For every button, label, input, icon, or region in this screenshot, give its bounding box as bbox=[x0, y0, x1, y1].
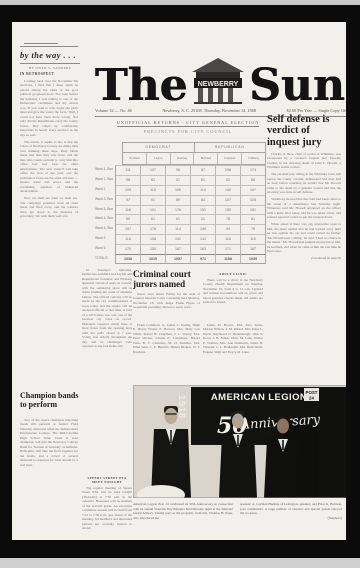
vote-row-cells: 115158192141116110 bbox=[115, 234, 266, 244]
man1-face bbox=[165, 408, 178, 424]
table-body: Ward 1, Box 11111079687208174Ward 1, Box… bbox=[95, 165, 266, 264]
vote-count: 91 bbox=[140, 195, 165, 205]
man2-face bbox=[232, 414, 244, 429]
photo-dark-right-edge bbox=[319, 387, 346, 498]
vote-count: 1158 bbox=[215, 254, 240, 263]
pta-subhead-line2: MEET TONIGHT bbox=[82, 480, 132, 484]
building-label: NEWBERRY bbox=[198, 81, 239, 88]
vote-count: 971 bbox=[190, 254, 215, 263]
vote-count: 208 bbox=[215, 165, 240, 175]
champion-bands-body: Two of the state's champion marching ban… bbox=[20, 418, 78, 536]
vote-count: 1038 bbox=[116, 254, 140, 263]
vote-count: 171 bbox=[215, 244, 240, 254]
vote-count: 150 bbox=[140, 244, 165, 254]
vote-count: 98 bbox=[116, 175, 140, 185]
vote-count: 61 bbox=[240, 214, 265, 224]
vote-count: 105 bbox=[165, 185, 190, 195]
vote-count: 109 bbox=[116, 185, 140, 195]
vote-count: 89 bbox=[165, 195, 190, 205]
champion-bands-headline: Champion bands to perform bbox=[20, 392, 82, 409]
building-column bbox=[198, 88, 203, 102]
vote-row-cells: 656161217861 bbox=[115, 214, 266, 224]
adult-clinic-subhead: ADULT CLINIC bbox=[203, 272, 263, 276]
vote-count: 21 bbox=[190, 214, 215, 224]
juror-names-column-2: James D. Brown, Mrs. Sara Suber, Marion … bbox=[203, 323, 263, 383]
caption-text: speaker; A. Layman Harman of Lexington, … bbox=[240, 502, 342, 516]
paragraph: Testimony showed that the chief had been… bbox=[267, 197, 341, 219]
ward-label: Ward 2 bbox=[95, 185, 115, 195]
vote-row-cells: 109110105114142107 bbox=[115, 185, 266, 195]
vote-count: 163 bbox=[190, 244, 215, 254]
newspaper-front-page: by the way . . . BY OWEN S. SANDERS IN R… bbox=[12, 22, 346, 540]
vote-count: 96 bbox=[165, 165, 190, 175]
vote-row-cells: 1111079687208174 bbox=[115, 165, 266, 175]
scan-edge-bottom bbox=[0, 558, 360, 568]
legion-banquet-photo-image: 1918 AMERICAN LEGION POST 24 50 Annivers… bbox=[133, 385, 346, 498]
paragraph: When asked if there was any alternative … bbox=[267, 222, 341, 253]
vote-count: 61 bbox=[165, 214, 190, 224]
column-rule bbox=[20, 46, 78, 47]
vote-count: 167 bbox=[240, 244, 265, 254]
vote-count: 107 bbox=[240, 185, 265, 195]
table-row: Ward 3, Box 2116101176151150151 bbox=[95, 205, 266, 215]
banner-title: AMERICAN LEGION bbox=[211, 392, 307, 403]
vote-count: 110 bbox=[240, 234, 265, 244]
vote-count: 78 bbox=[215, 214, 240, 224]
table-row: Ward 4, Box 1656161217861 bbox=[95, 214, 266, 224]
newberry-building-engraving: NEWBERRY bbox=[190, 56, 246, 104]
paragraph: In Tuesday's balloting, Democrats Armfie… bbox=[82, 268, 132, 349]
table-header: DEMOCRAT REPUBLICAN Armfield Layton Hart… bbox=[122, 142, 266, 165]
candidate-name: Hartzog bbox=[170, 153, 194, 164]
ward-label: Ward 1, Box 1 bbox=[95, 165, 115, 175]
post-badge-line1: POST bbox=[306, 390, 318, 395]
vote-count: 1039 bbox=[240, 254, 265, 263]
vote-count: 167 bbox=[165, 244, 190, 254]
vote-count: 149 bbox=[190, 224, 215, 234]
vote-count: 87 bbox=[190, 165, 215, 175]
vote-count: 75 bbox=[240, 224, 265, 234]
man3-face bbox=[277, 419, 289, 434]
vote-row-cells: 986157619266 bbox=[115, 175, 266, 185]
vote-count: 116 bbox=[116, 205, 140, 215]
by-the-way-subhead: IN RETROSPECT bbox=[20, 72, 80, 76]
vote-count: 158 bbox=[140, 234, 165, 244]
vote-count: 174 bbox=[240, 165, 265, 175]
vote-row-cells: 116101176151150151 bbox=[115, 205, 266, 215]
vote-count: 114 bbox=[165, 224, 190, 234]
candidate-name: Armfield bbox=[123, 153, 146, 164]
vote-count: 107 bbox=[140, 165, 165, 175]
vote-count: 1015 bbox=[140, 254, 165, 263]
election-subheading-text: PRECINCTS FOR CITY COUNCIL bbox=[144, 129, 233, 134]
vote-row-cells: 170150167163171167 bbox=[115, 244, 266, 254]
paragraph: There will be a clinic at the Newberry C… bbox=[203, 278, 263, 305]
column-rule bbox=[20, 63, 80, 64]
vote-count: 176 bbox=[165, 205, 190, 215]
volume-number: Volume 32 — No. 46 bbox=[95, 108, 132, 113]
building-column bbox=[218, 88, 223, 102]
paragraph: Charles O. Rice, chief of police at Whit… bbox=[267, 152, 341, 170]
vote-count: 94 bbox=[215, 224, 240, 234]
scan-edge-top bbox=[0, 0, 360, 5]
vote-count: 84 bbox=[190, 195, 215, 205]
paragraph: Two of the state's champion marching ban… bbox=[20, 418, 78, 467]
election-returns-heading: UNOFFICIAL RETURNS - CITY GENERAL ELECTI… bbox=[108, 120, 268, 125]
scanned-newspaper-page: { "masthead": { "title_the": "The", "tit… bbox=[0, 0, 360, 568]
ward-label: Ward 3, Box 1 bbox=[95, 195, 115, 205]
pta-subhead: SPEERS STREET PTA MEET TONIGHT bbox=[82, 476, 132, 484]
vote-count: 61 bbox=[140, 175, 165, 185]
continued-notice: (Continued on page 8) bbox=[267, 256, 341, 260]
vote-count: 151 bbox=[190, 205, 215, 215]
candidate-name: Fridberg bbox=[241, 153, 265, 164]
vote-count: 150 bbox=[215, 205, 240, 215]
by-the-way-heading: by the way . . . bbox=[20, 50, 86, 60]
building-base bbox=[194, 102, 242, 104]
building-column bbox=[208, 88, 213, 102]
vote-count: 176 bbox=[140, 224, 165, 234]
table-row: Ward 1, Box 11111079687208174 bbox=[95, 165, 266, 175]
vote-count: 115 bbox=[116, 234, 140, 244]
masthead: The NEWBERRY Sun bbox=[95, 54, 345, 106]
election-results-table: DEMOCRAT REPUBLICAN Armfield Layton Hart… bbox=[95, 142, 266, 264]
vote-count: 61 bbox=[190, 175, 215, 185]
juror-names: Frank Lominack Jr., James C. Epting, Hug… bbox=[133, 323, 200, 354]
vote-count: 141 bbox=[190, 234, 215, 244]
ward-label: TOTALS bbox=[95, 254, 115, 264]
ward-label: Ward 4, Box 1 bbox=[95, 214, 115, 224]
by-the-way-body: Looking back over the November 5th elect… bbox=[20, 79, 78, 387]
masthead-title-sun: Sun bbox=[249, 66, 345, 106]
candidate-header-row: Armfield Layton Hartzog Buzhard Coleman … bbox=[122, 152, 266, 165]
building-column bbox=[228, 88, 233, 102]
vote-count: 65 bbox=[116, 214, 140, 224]
vote-row-cells: 1571761141499475 bbox=[115, 224, 266, 234]
juror-names-column-1: Frank Lominack Jr., James C. Epting, Hug… bbox=[133, 323, 200, 383]
column-rule bbox=[24, 43, 58, 44]
date-location: Newberry, S. C. 29108, Thursday, Novembe… bbox=[162, 108, 256, 113]
masthead-title-the: The bbox=[95, 66, 188, 106]
table-row: Ward 4, Box 21571761141499475 bbox=[95, 224, 266, 234]
vote-count: 110 bbox=[140, 185, 165, 195]
price: $2.00 Per Year — Single Copy 10c bbox=[287, 108, 346, 113]
ward-label: Ward 6 bbox=[95, 244, 115, 254]
vote-count: 57 bbox=[165, 175, 190, 185]
table-row: Ward 2109110105114142107 bbox=[95, 185, 266, 195]
photo-credit: (Staphoto) bbox=[240, 516, 342, 520]
vote-count: 101 bbox=[140, 205, 165, 215]
paragraph: Looking back over the November 5th elect… bbox=[20, 79, 78, 137]
legion-banquet-photo: 1918 AMERICAN LEGION POST 24 50 Annivers… bbox=[133, 385, 346, 498]
juror-names: James D. Brown, Mrs. Sara Suber, Marion … bbox=[203, 323, 263, 354]
criminal-court-headline: Criminal court jurors named bbox=[133, 270, 203, 289]
vote-count: 151 bbox=[240, 205, 265, 215]
paragraph: The regular meeting of Speers Street PTA… bbox=[82, 486, 132, 531]
election-returns-subheading: PRECINCTS FOR CITY COUNCIL bbox=[108, 129, 268, 134]
vote-count: 1057 bbox=[165, 254, 190, 263]
paragraph: The six-man jury, sitting at the Whitmir… bbox=[267, 172, 341, 194]
building-entablature bbox=[196, 72, 240, 78]
vote-count: 116 bbox=[215, 234, 240, 244]
post-badge-line2: 24 bbox=[309, 396, 314, 401]
dateline: Volume 32 — No. 46 Newberry, S. C. 29108… bbox=[95, 108, 346, 113]
vote-count: 128 bbox=[240, 195, 265, 205]
pta-body: The regular meeting of Speers Street PTA… bbox=[82, 486, 132, 536]
self-defense-headline: Self defense is verdict of inquest jury bbox=[267, 114, 343, 148]
vote-count: 92 bbox=[215, 175, 240, 185]
ward-label: Ward 5 bbox=[95, 234, 115, 244]
party-header-democrat: DEMOCRAT bbox=[123, 143, 194, 152]
by-the-way-byline: BY OWEN S. SANDERS bbox=[20, 66, 80, 70]
election-heading-text: UNOFFICIAL RETURNS - CITY GENERAL ELECTI… bbox=[117, 120, 260, 127]
election-story-body: In Tuesday's balloting, Democrats Armfie… bbox=[82, 268, 132, 474]
table-row: Ward 5115158192141116110 bbox=[95, 234, 266, 244]
ward-label: Ward 3, Box 2 bbox=[95, 205, 115, 215]
paragraph: The lesson, it seems to me, is that the … bbox=[20, 140, 78, 194]
party-header-row: DEMOCRAT REPUBLICAN bbox=[122, 142, 266, 152]
adult-clinic-body: There will be a clinic at the Newberry C… bbox=[203, 278, 263, 320]
ward-label: Ward 4, Box 2 bbox=[95, 224, 115, 234]
table-row: TOTALS10381015105797111581039 bbox=[95, 254, 266, 264]
vote-count: 111 bbox=[116, 165, 140, 175]
criminal-court-intro: Jurors were drawn Friday for the term of… bbox=[133, 292, 200, 322]
party-header-republican: REPUBLICAN bbox=[194, 143, 266, 152]
candidate-name: Buzhard bbox=[193, 153, 217, 164]
vote-count: 61 bbox=[140, 214, 165, 224]
vote-count: 66 bbox=[240, 175, 265, 185]
vote-count: 157 bbox=[116, 224, 140, 234]
building-roof bbox=[192, 58, 244, 72]
paragraph: Now we shall see what we shall see. The … bbox=[20, 196, 78, 218]
self-defense-body: Charles O. Rice, chief of police at Whit… bbox=[267, 152, 341, 374]
vote-count: 97 bbox=[116, 195, 140, 205]
table-row: Ward 6170150167163171167 bbox=[95, 244, 266, 254]
photo-caption-left: American Legion Post 24 celebrated its 5… bbox=[133, 502, 233, 536]
paragraph: Jurors were drawn Friday for the term of… bbox=[133, 292, 200, 310]
vote-row-cells: 97918984107128 bbox=[115, 195, 266, 205]
ward-label: Ward 1, Box 2 bbox=[95, 175, 115, 185]
photo-caption-right: speaker; A. Layman Harman of Lexington, … bbox=[240, 502, 342, 536]
candidate-name: Layton bbox=[146, 153, 170, 164]
table-row: Ward 1, Box 2986157619266 bbox=[95, 175, 266, 185]
table-row: Ward 3, Box 197918984107128 bbox=[95, 195, 266, 205]
vote-row-cells: 10381015105797111581039 bbox=[115, 254, 266, 264]
vote-count: 107 bbox=[215, 195, 240, 205]
candidate-name: Coleman bbox=[217, 153, 241, 164]
vote-count: 114 bbox=[190, 185, 215, 195]
vote-count: 192 bbox=[165, 234, 190, 244]
banner-year: 1918 bbox=[177, 395, 187, 419]
vote-count: 142 bbox=[215, 185, 240, 195]
vote-count: 170 bbox=[116, 244, 140, 254]
